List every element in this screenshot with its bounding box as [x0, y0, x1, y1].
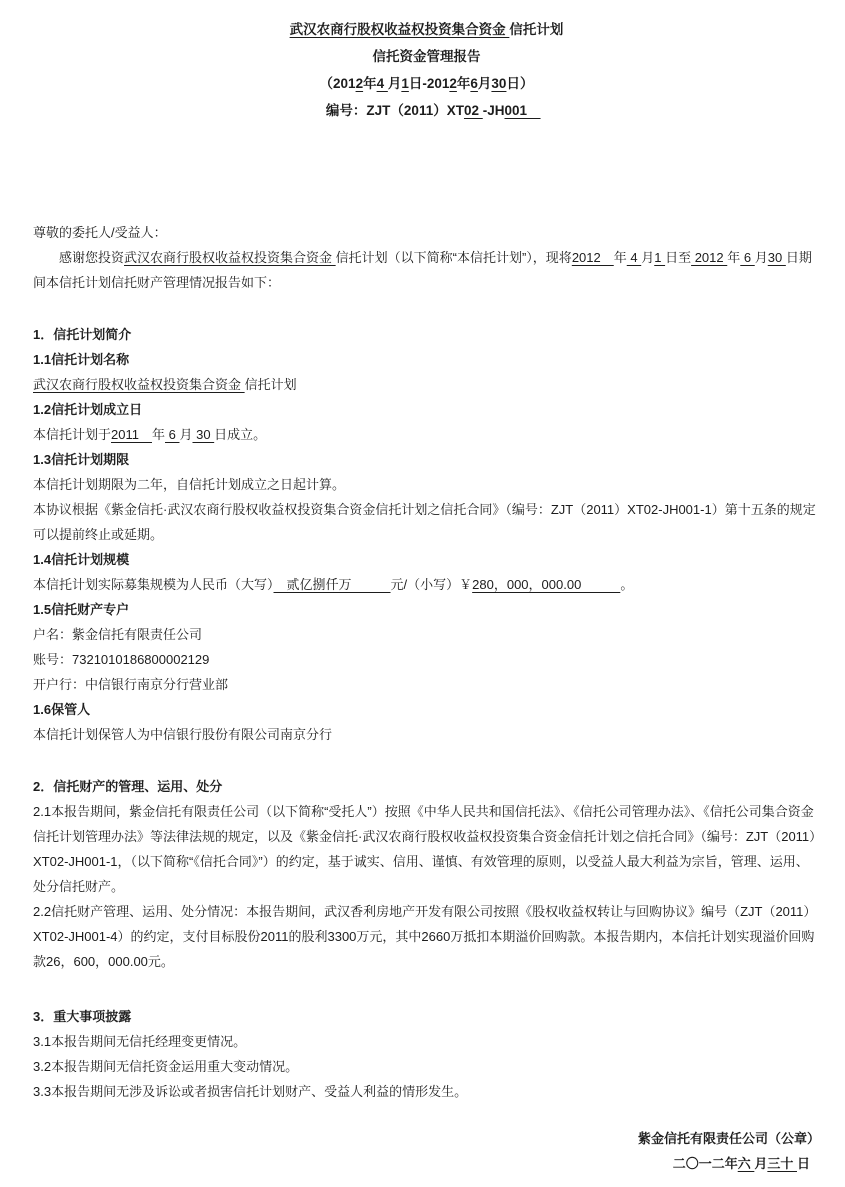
paragraph-2-1: 2.1本报告期间，紫金信托有限责任公司（以下简称“受托人”）按照《中华人民共和国… — [33, 799, 820, 899]
footer-date: 二〇一二年六 月三十 日 — [33, 1151, 820, 1176]
section-1-1-heading: 1.1信托计划名称 — [33, 347, 820, 372]
section-1-heading: 1．信托计划简介 — [33, 322, 820, 347]
footer-gap — [33, 1104, 820, 1126]
header-body-gap — [33, 124, 820, 220]
custodian-line: 本信托计划保管人为中信银行股份有限公司南京分行 — [33, 722, 820, 747]
term-line-1: 本信托计划期限为二年，自信托计划成立之日起计算。 — [33, 472, 820, 497]
bank-line: 开户行：中信银行南京分行营业部 — [33, 672, 820, 697]
paragraph-2-2: 2.2信托财产管理、运用、处分情况：本报告期间，武汉香利房地产开发有限公司按照《… — [33, 899, 820, 974]
section-3: 3．重大事项披露 3.1本报告期间无信托经理变更情况。 3.2本报告期间无信托资… — [33, 1004, 820, 1104]
account-number-line: 账号：7321010186800002129 — [33, 647, 820, 672]
doc-header: 武汉农商行股权收益权投资集合资金 信托计划 信托资金管理报告 （2012年4 月… — [33, 16, 820, 124]
scale-line: 本信托计划实际募集规模为人民币（大写） 贰亿捌仟万 元/（小写）￥280，000… — [33, 572, 820, 597]
section-gap-3 — [33, 974, 820, 1004]
plan-name-line: 武汉农商行股权收益权投资集合资金 信托计划 — [33, 372, 820, 397]
section-2: 2．信托财产的管理、运用、处分 2.1本报告期间，紫金信托有限责任公司（以下简称… — [33, 774, 820, 974]
greeting-line: 尊敬的委托人/受益人： — [33, 220, 820, 245]
section-gap-2 — [33, 747, 820, 774]
section-1-2-heading: 1.2信托计划成立日 — [33, 397, 820, 422]
report-title-plan-name: 武汉农商行股权收益权投资集合资金 信托计划 — [33, 16, 820, 43]
footer-company-seal: 紫金信托有限责任公司（公章） — [33, 1126, 820, 1151]
section-1-5-heading: 1.5信托财产专户 — [33, 597, 820, 622]
section-2-heading: 2．信托财产的管理、运用、处分 — [33, 774, 820, 799]
report-title: 信托资金管理报告 — [33, 43, 820, 70]
paragraph-3-2: 3.2本报告期间无信托资金运用重大变动情况。 — [33, 1054, 820, 1079]
report-period: （2012年4 月1日-2012年6月30日） — [33, 70, 820, 97]
trust-report-page: 武汉农商行股权收益权投资集合资金 信托计划 信托资金管理报告 （2012年4 月… — [0, 0, 845, 1187]
section-gap-1 — [33, 295, 820, 322]
section-1-4-heading: 1.4信托计划规模 — [33, 547, 820, 572]
section-1: 1．信托计划简介 1.1信托计划名称 武汉农商行股权收益权投资集合资金 信托计划… — [33, 322, 820, 747]
report-number: 编号：ZJT（2011）XT02 -JH001 — [33, 97, 820, 124]
paragraph-3-3: 3.3本报告期间无涉及诉讼或者损害信托计划财产、受益人利益的情形发生。 — [33, 1079, 820, 1104]
paragraph-3-1: 3.1本报告期间无信托经理变更情况。 — [33, 1029, 820, 1054]
term-line-2: 本协议根据《紫金信托·武汉农商行股权收益权投资集合资金信托计划之信托合同》（编号… — [33, 497, 820, 547]
section-1-3-heading: 1.3信托计划期限 — [33, 447, 820, 472]
account-name-line: 户名：紫金信托有限责任公司 — [33, 622, 820, 647]
establish-date-line: 本信托计划于2011 年 6 月 30 日成立。 — [33, 422, 820, 447]
section-1-6-heading: 1.6保管人 — [33, 697, 820, 722]
section-3-heading: 3．重大事项披露 — [33, 1004, 820, 1029]
intro-paragraph: 感谢您投资武汉农商行股权收益权投资集合资金 信托计划（以下简称“本信托计划”），… — [33, 245, 820, 295]
doc-footer: 紫金信托有限责任公司（公章） 二〇一二年六 月三十 日 — [33, 1126, 820, 1176]
